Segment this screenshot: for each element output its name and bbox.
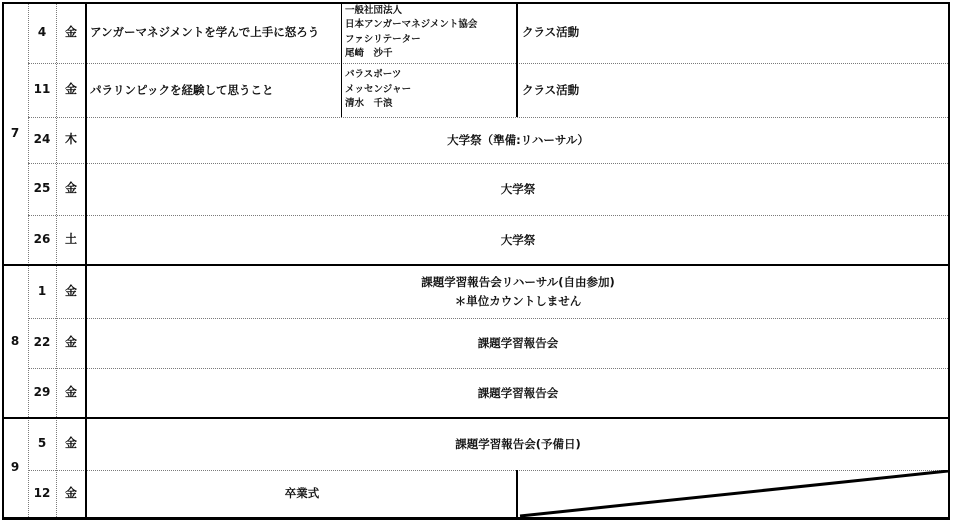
topic-cell: アンガーマネジメントを学んで上手に怒ろう: [90, 2, 338, 63]
grid-line-topic-speaker: [341, 2, 342, 117]
month-label-8: 8: [2, 267, 28, 417]
grid-line-speaker-activity: [516, 2, 518, 117]
weekday-cell: 金: [56, 265, 86, 318]
event-cell: 大学祭: [88, 215, 948, 265]
weekday-cell: 土: [56, 215, 86, 265]
month-label-7: 7: [2, 4, 28, 264]
speaker-line: ファシリテーター: [345, 33, 421, 48]
day-cell: 26: [28, 215, 56, 265]
speaker-line: 日本アンガーマネジメント協会: [345, 18, 477, 33]
speaker-line: パラスポーツ: [345, 68, 401, 83]
weekday-cell: 金: [56, 163, 86, 215]
event-line: ＊単位カウントしません: [455, 292, 582, 311]
weekday-cell: 金: [56, 368, 86, 418]
table-border-right: [948, 2, 950, 520]
crossed-out-cell: [517, 470, 949, 518]
speaker-line: メッセンジャー: [345, 83, 411, 98]
speaker-line: 尾崎 沙千: [345, 47, 393, 62]
weekday-cell: 金: [56, 318, 86, 368]
month-label-9: 9: [2, 419, 28, 517]
diagonal-slash-line: [520, 471, 948, 516]
day-cell: 1: [28, 265, 56, 318]
event-cell: 課題学習報告会(予備日): [88, 418, 948, 470]
day-cell: 5: [28, 418, 56, 470]
weekday-cell: 金: [56, 63, 86, 117]
event-cell: 大学祭: [88, 163, 948, 215]
speaker-cell: 一般社団法人 日本アンガーマネジメント協会 ファシリテーター 尾崎 沙千: [345, 2, 513, 63]
speaker-cell: パラスポーツ メッセンジャー 清水 千浪: [345, 63, 513, 117]
day-cell: 11: [28, 63, 56, 117]
weekday-cell: 木: [56, 117, 86, 163]
graduation-cell: 卒業式: [88, 470, 516, 517]
day-cell: 24: [28, 117, 56, 163]
topic-cell: パラリンピックを経験して思うこと: [90, 63, 338, 117]
speaker-line: 一般社団法人: [345, 4, 402, 19]
speaker-line: 清水 千浪: [345, 97, 393, 112]
day-cell: 12: [28, 470, 56, 517]
event-line: 課題学習報告会リハーサル(自由参加): [421, 273, 615, 292]
event-cell: 課題学習報告会: [88, 368, 948, 418]
day-cell: 22: [28, 318, 56, 368]
day-cell: 29: [28, 368, 56, 418]
weekday-cell: 金: [56, 2, 86, 63]
day-cell: 4: [28, 2, 56, 63]
weekday-cell: 金: [56, 418, 86, 470]
event-cell: 大学祭（準備:リハーサル）: [88, 117, 948, 163]
activity-cell: クラス活動: [522, 63, 722, 117]
event-cell: 課題学習報告会リハーサル(自由参加) ＊単位カウントしません: [88, 265, 948, 318]
schedule-table: 7 8 9 4 金 アンガーマネジメントを学んで上手に怒ろう 一般社団法人 日本…: [0, 0, 954, 524]
weekday-cell: 金: [56, 470, 86, 517]
event-cell: 課題学習報告会: [88, 318, 948, 368]
day-cell: 25: [28, 163, 56, 215]
activity-cell: クラス活動: [522, 2, 722, 63]
